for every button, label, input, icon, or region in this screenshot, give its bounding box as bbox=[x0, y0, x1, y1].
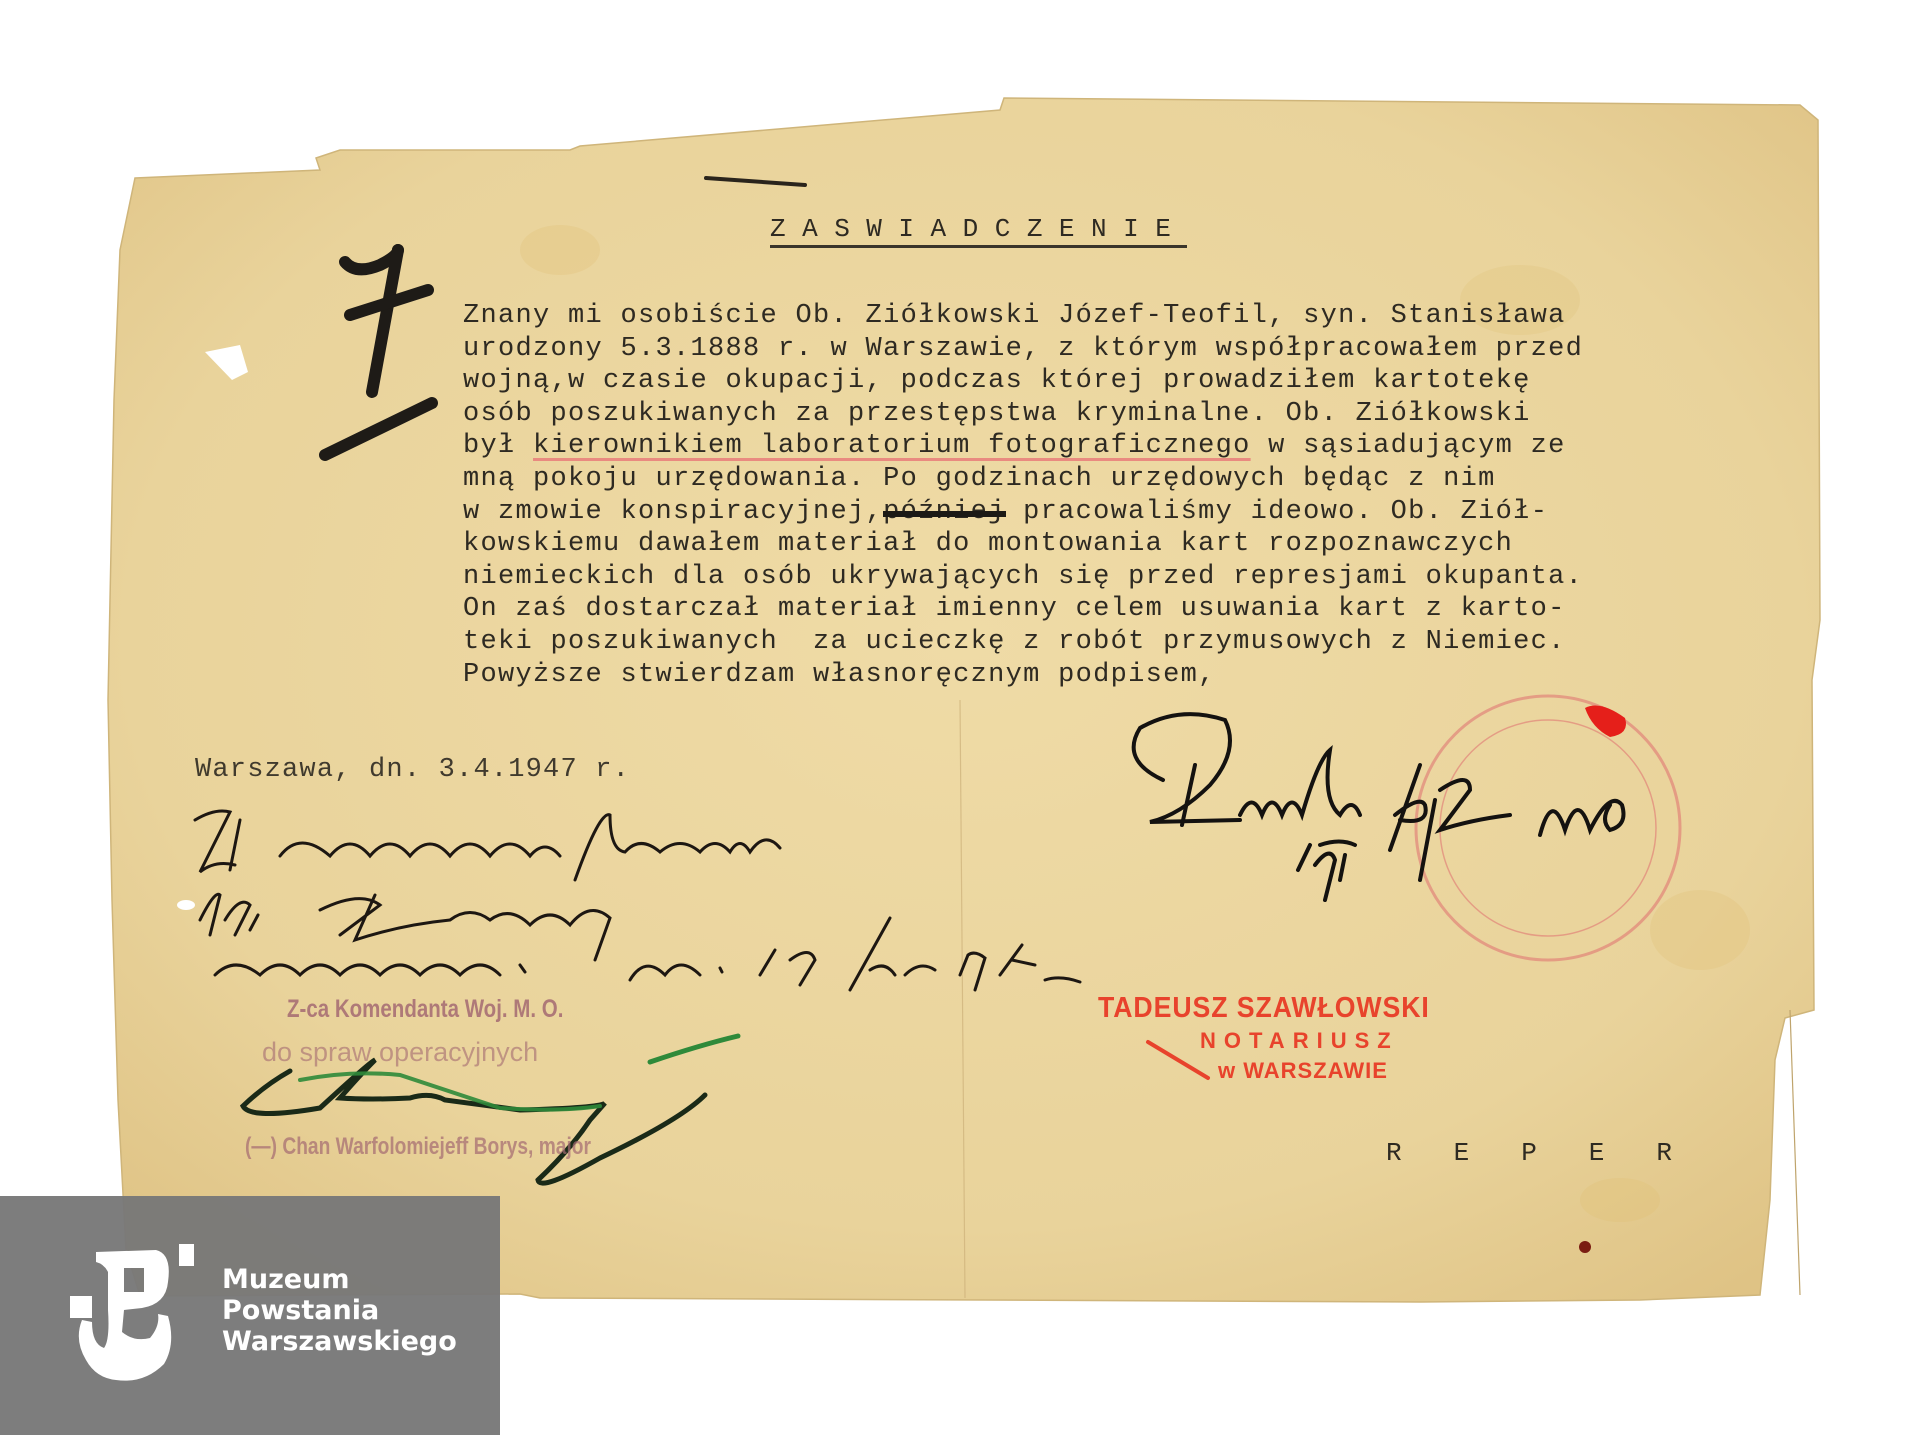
body-line: był kierownikiem laboratorium fotografic… bbox=[463, 430, 1583, 463]
document-body: Znany mi osobiście Ob. Ziółkowski Józef-… bbox=[463, 300, 1583, 691]
museum-watermark: Muzeum Powstania Warszawskiego bbox=[0, 1196, 500, 1435]
body-line: teki poszukiwanych za ucieczkę z robót p… bbox=[463, 626, 1583, 659]
body-line: urodzony 5.3.1888 r. w Warszawie, z któr… bbox=[463, 333, 1583, 366]
museum-name: Muzeum Powstania Warszawskiego bbox=[222, 1264, 457, 1357]
body-line: niemieckich dla osób ukrywających się pr… bbox=[463, 561, 1583, 594]
notary-stamp-name: TADEUSZ SZAWŁOWSKI bbox=[1098, 992, 1430, 1025]
body-line: w zmowie konspiracyjnej,później pracowal… bbox=[463, 496, 1583, 529]
body-line: Znany mi osobiście Ob. Ziółkowski Józef-… bbox=[463, 300, 1583, 333]
reper-mark: REPER bbox=[1386, 1138, 1724, 1168]
red-underlined-phrase: kierownikiem laboratorium fotograficzneg… bbox=[533, 431, 1251, 461]
official-stamp-line3: (—) Chan Warfolomiejeff Borys, major bbox=[245, 1133, 591, 1161]
body-line: kowskiemu dawałem materiał do montowania… bbox=[463, 528, 1583, 561]
body-line: osób poszukiwanych za przestępstwa krymi… bbox=[463, 398, 1583, 431]
official-stamp-line1: Z-ca Komendanta Woj. M. O. bbox=[287, 995, 563, 1024]
body-line: mną pokoju urzędowania. Po godzinach urz… bbox=[463, 463, 1583, 496]
body-line: wojną,w czasie okupacji, podczas której … bbox=[463, 365, 1583, 398]
notary-stamp-place: w WARSZAWIE bbox=[1218, 1058, 1388, 1084]
kotwica-logo-icon bbox=[64, 1244, 194, 1384]
struck-word: później bbox=[883, 497, 1006, 527]
place-date: Warszawa, dn. 3.4.1947 r. bbox=[195, 755, 630, 785]
document-title: ZASWIADCZENIE bbox=[770, 214, 1187, 248]
official-stamp-line2: do spraw operacyjnych bbox=[262, 1037, 538, 1068]
body-line: Powyższe stwierdzam własnoręcznym podpis… bbox=[463, 659, 1583, 692]
body-line: On zaś dostarczał materiał imienny celem… bbox=[463, 593, 1583, 626]
notary-stamp-role: NOTARIUSZ bbox=[1200, 1028, 1399, 1054]
